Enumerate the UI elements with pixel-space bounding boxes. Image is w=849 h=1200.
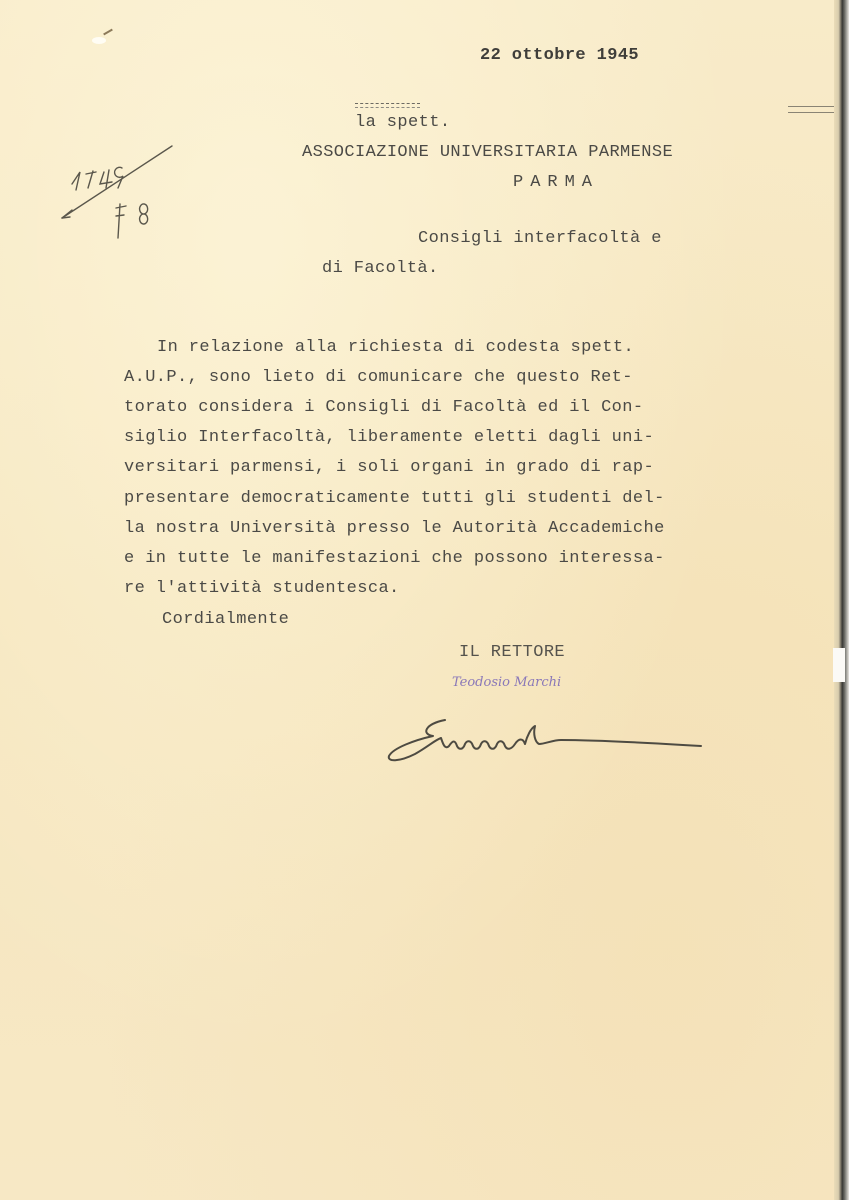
- subject-line-2: di Facoltà.: [322, 259, 439, 278]
- closing-salutation: Cordialmente: [162, 610, 289, 629]
- handwritten-protocol-annotation: [60, 138, 190, 248]
- paper-mark: [103, 29, 113, 36]
- document-page: 22 ottobre 1945 la spett. ASSOCIAZIONE U…: [0, 0, 834, 1200]
- subject-line-1: Consigli interfacoltà e: [418, 229, 662, 248]
- body-line: siglio Interfacoltà, liberamente eletti …: [124, 428, 654, 447]
- letter-date: 22 ottobre 1945: [480, 46, 639, 65]
- edge-rule: [788, 106, 834, 113]
- body-line: torato considera i Consigli di Facoltà e…: [124, 398, 643, 417]
- signatory-title: IL RETTORE: [459, 643, 565, 662]
- scan-edge: [834, 0, 849, 1200]
- recipient-organization: ASSOCIAZIONE UNIVERSITARIA PARMENSE: [302, 143, 673, 162]
- body-line: la nostra Università presso le Autorità …: [124, 519, 665, 538]
- body-line: A.U.P., sono lieto di comunicare che que…: [124, 368, 633, 387]
- recipient-salutation: la spett.: [355, 113, 450, 132]
- scan-edge-gap: [833, 648, 845, 682]
- body-line: In relazione alla richiesta di codesta s…: [157, 338, 634, 357]
- body-line: re l'attività studentesca.: [124, 579, 400, 598]
- stamped-name: Teodosio Marchi: [452, 675, 561, 690]
- recipient-city: PARMA: [513, 173, 599, 192]
- struck-out-text: [355, 103, 420, 108]
- paper-hole: [92, 37, 106, 44]
- handwritten-signature: [385, 710, 715, 770]
- body-line: versitari parmensi, i soli organi in gra…: [124, 458, 654, 477]
- body-line: e in tutte le manifestazioni che possono…: [124, 549, 665, 568]
- body-line: presentare democraticamente tutti gli st…: [124, 489, 665, 508]
